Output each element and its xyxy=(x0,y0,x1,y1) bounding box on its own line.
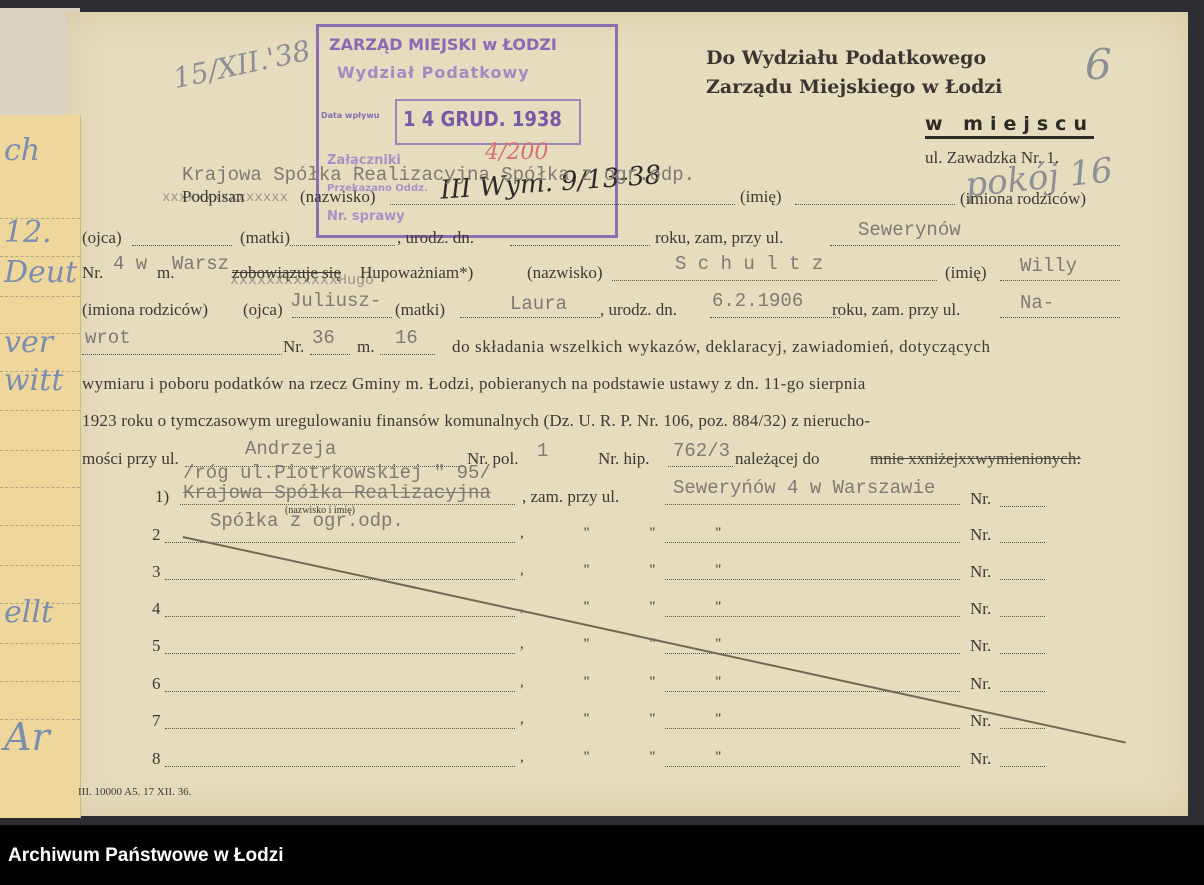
label-owner-nr: Nr. xyxy=(970,636,991,656)
label-obligates: zobowiązuje się xyxy=(232,263,341,283)
field-street-cont: wrot xyxy=(85,327,131,349)
tab-note: ellt xyxy=(4,595,53,630)
field-m-2: 16 xyxy=(395,327,418,349)
label-owner-nr: Nr. xyxy=(970,711,991,731)
addressee-address: ul. Zawadzka Nr. 1. xyxy=(925,148,1059,168)
ditto-marks: , " " " xyxy=(520,749,749,766)
ditto-marks: , " " " xyxy=(520,674,749,691)
form-code: III. 10000 A5. 17 XII. 36. xyxy=(78,786,191,798)
label-m-2: m. xyxy=(357,337,374,357)
tab-note: Deut xyxy=(4,255,77,290)
owner-num: 1) xyxy=(155,487,169,507)
ditto-marks: , " " " xyxy=(520,525,749,542)
tab-note: witt xyxy=(4,363,63,398)
field-surname: S c h u l t z xyxy=(675,253,823,275)
stamp-date-value: 1 4 GRUD. 1938 xyxy=(403,107,562,131)
label-born-2: , urodz. dn. xyxy=(600,300,677,320)
label-owner-nr: Nr. xyxy=(970,489,991,509)
body-text-2: wymiaru i poboru podatków na rzecz Gminy… xyxy=(82,374,866,394)
label-owner-nr: Nr. xyxy=(970,749,991,769)
label-authorize: Hupoważniam*) xyxy=(360,263,473,283)
field-birthdate: 6.2.1906 xyxy=(712,290,803,312)
label-surname: (nazwisko) xyxy=(300,187,376,207)
ditto-marks: , " " " xyxy=(520,636,749,653)
label-mother-2: (matki) xyxy=(395,300,445,320)
stamp-case-label: Nr. sprawy xyxy=(327,209,405,224)
owner-num: 6 xyxy=(152,674,161,694)
label-nr: Nr. xyxy=(82,263,103,283)
label-owner-nr: Nr. xyxy=(970,562,991,582)
index-tab: ch 12. Deut ver witt ellt Ar xyxy=(0,115,81,818)
body-text-3: 1923 roku o tymczasowym uregulowaniu fin… xyxy=(82,411,870,431)
owner-num: 4 xyxy=(152,599,161,619)
label-property-street: mości przy ul. xyxy=(82,449,179,469)
field-name: Willy xyxy=(1020,255,1077,277)
field-pol-nr: 1 xyxy=(537,440,548,462)
addressee-line1: Do Wydziału Podatkowego xyxy=(706,47,986,69)
field-hip-nr: 762/3 xyxy=(673,440,730,462)
owner-num: 8 xyxy=(152,749,161,769)
addressee-line2: Zarządu Miejskiego w Łodzi xyxy=(706,76,1002,98)
field-nr-2: 36 xyxy=(312,327,335,349)
label-parents-2: (imiona rodziców) xyxy=(82,300,208,320)
field-street: Sewerynów xyxy=(858,219,961,241)
archive-caption: Archiwum Państwowe w Łodzi xyxy=(8,845,284,867)
ditto-marks: , " " " xyxy=(520,599,749,616)
owner-num: 2 xyxy=(152,525,161,545)
field-street-2: Na- xyxy=(1020,292,1054,314)
label-nr-2: Nr. xyxy=(283,337,304,357)
label-name-2: (imię) xyxy=(945,263,987,283)
label-mother: (matki) xyxy=(240,228,290,248)
stamp-department: Wydział Podatkowy xyxy=(337,63,530,82)
label-hip-nr: Nr. hip. xyxy=(598,449,649,469)
typed-company: Krajowa Spółka Realizacyjna Spółka z ogr… xyxy=(182,164,695,186)
addressee-line3: w miejscu xyxy=(925,113,1094,139)
ditto-marks: , " " " xyxy=(520,562,749,579)
label-signed: Podpisan xyxy=(182,187,244,207)
label-born: , urodz. dn. xyxy=(397,228,474,248)
field-mother: Laura xyxy=(510,293,567,315)
label-father-2: (ojca) xyxy=(243,300,283,320)
label-belonging: należącej do xyxy=(735,449,819,469)
owner-num: 5 xyxy=(152,636,161,656)
stamp-office: ZARZĄD MIEJSKI w ŁODZI xyxy=(329,35,557,54)
owner-num: 3 xyxy=(152,562,161,582)
stamp-date-label: Data wpływu xyxy=(321,111,379,120)
label-owner-nr: Nr. xyxy=(970,599,991,619)
field-father: Juliusz- xyxy=(290,290,381,312)
field-m: Warsz xyxy=(172,253,229,275)
label-year-street: roku, zam, przy ul. xyxy=(655,228,783,248)
field-nr: 4 w xyxy=(113,253,147,275)
field-corner-street: /róg ul.Piotrkowskiej " 95/ xyxy=(183,462,491,484)
field-property-street: Andrzeja xyxy=(245,438,336,460)
tab-note: Ar xyxy=(4,715,50,759)
label-owner-nr: Nr. xyxy=(970,674,991,694)
tab-note: 12. xyxy=(4,215,52,250)
label-owner-address: , zam. przy ul. xyxy=(522,487,619,507)
red-annotation: 4/200 xyxy=(485,140,548,165)
sheet-number: 6 xyxy=(1085,40,1112,89)
owner-name: Krajowa Spółka Realizacyjna xyxy=(183,482,491,504)
label-parents: (imiona rodziców) xyxy=(960,189,1086,209)
owner-address: Seweryńów 4 w Warszawie xyxy=(673,477,935,499)
label-year-street-2: roku, zam. przy ul. xyxy=(832,300,960,320)
ditto-marks: , " " " xyxy=(520,711,749,728)
owner-num: 7 xyxy=(152,711,161,731)
label-surname-2: (nazwisko) xyxy=(527,263,603,283)
label-name: (imię) xyxy=(740,187,782,207)
tab-note: ver xyxy=(4,325,53,360)
struck-text: mnie xxniżejxxwymienionych: xyxy=(870,449,1081,469)
body-text-1: do składania wszelkich wykazów, deklarac… xyxy=(452,337,991,357)
label-father: (ojca) xyxy=(82,228,122,248)
tab-note: ch xyxy=(4,133,40,168)
owners-caption: (nazwisko i imię) xyxy=(285,505,355,516)
label-owner-nr: Nr. xyxy=(970,525,991,545)
